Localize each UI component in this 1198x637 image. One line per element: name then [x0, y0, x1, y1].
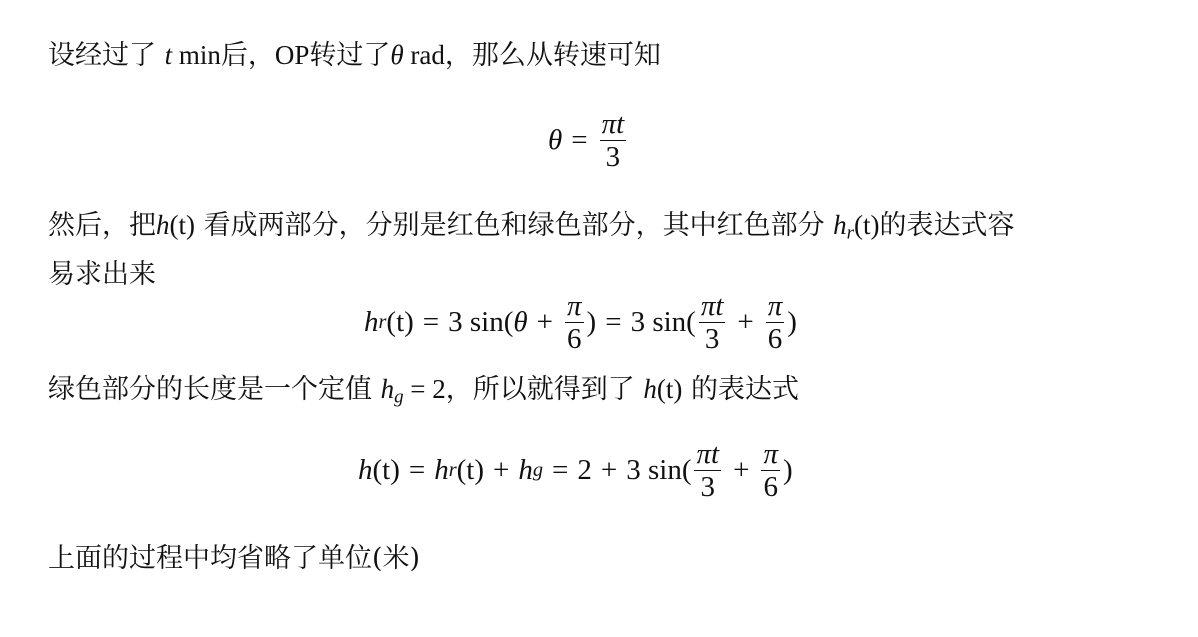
var-theta: θ [548, 124, 562, 157]
text: 易求出来 [48, 259, 156, 290]
equals-sign: = [423, 306, 439, 339]
constant-2: 2 [577, 454, 592, 487]
equals-sign: = [552, 454, 568, 487]
numerator: π [766, 290, 785, 322]
equals-sign: = [409, 454, 425, 487]
var-h: h [434, 454, 449, 487]
text: rad，那么从转速可知 [404, 40, 661, 70]
paragraph-two-parts: 然后，把h(t) 看成两部分，分别是红色和绿色部分，其中红色部分 hr(t)的表… [48, 208, 1015, 251]
close-paren: ) [783, 454, 793, 487]
var-t: t [165, 40, 173, 70]
fraction: π 6 [565, 290, 584, 355]
text: 上面的过程中均省略了单位(米) [48, 543, 420, 574]
plus-sign: + [493, 454, 509, 487]
equals-sign: = [605, 306, 621, 339]
text: 的表达式容 [880, 210, 1015, 241]
var-h: h [156, 210, 170, 240]
equation-hr: hr(t) = 3 sin(θ + π 6 ) = 3 sin( πt 3 + … [364, 290, 797, 355]
plus-sign: + [601, 454, 617, 487]
text: 看成两部分，分别是红色和绿色部分，其中红色部分 [195, 210, 833, 241]
subscript-g: g [394, 387, 403, 408]
fraction: π 6 [766, 290, 785, 355]
subscript-r: r [449, 459, 457, 482]
text: min后，OP转过了 [172, 40, 390, 70]
numerator: πt [694, 438, 721, 470]
var-h: h [358, 454, 373, 487]
plus-sign: + [537, 306, 553, 339]
subscript-r: r [847, 223, 854, 244]
denominator: 3 [604, 141, 623, 173]
denominator: 6 [565, 323, 584, 355]
text: 设经过了 [48, 40, 165, 71]
var-h: h [643, 374, 657, 404]
paragraph-green-part: 绿色部分的长度是一个定值 hg = 2，所以就得到了 h(t) 的表达式 [48, 372, 799, 415]
plus-sign: + [737, 306, 753, 339]
arg-t: (t) [373, 454, 400, 487]
paragraph-two-parts-cont: 易求出来 [48, 258, 156, 292]
denominator: 3 [699, 471, 718, 503]
text: ，所以就得到了 [446, 374, 644, 405]
var-h: h [381, 374, 395, 404]
fraction: πt 3 [699, 290, 726, 355]
text: 绿色部分的长度是一个定值 [48, 374, 381, 405]
var-h: h [364, 306, 379, 339]
plus-sign: + [733, 454, 749, 487]
arg-t: (t) [170, 210, 195, 240]
fraction: π 6 [761, 438, 780, 503]
var-h: h [833, 210, 847, 240]
var-theta: θ [390, 40, 403, 70]
text: 的表达式 [682, 374, 799, 405]
denominator: 6 [761, 471, 780, 503]
equation-h: h(t) = hr(t) + hg = 2 + 3 sin( πt 3 + π … [358, 438, 793, 503]
numerator: πt [699, 290, 726, 322]
equals-sign: = [571, 124, 587, 157]
subscript-r: r [379, 311, 387, 334]
arg-t: (t) [854, 210, 879, 240]
numerator: π [565, 290, 584, 322]
var-h: h [518, 454, 533, 487]
arg-t: (t) [657, 374, 682, 404]
fraction: πt 3 [600, 108, 627, 173]
fraction: πt 3 [694, 438, 721, 503]
numerator: πt [600, 108, 627, 140]
sin-term: 3 sin( [448, 306, 513, 339]
numerator: π [761, 438, 780, 470]
close-paren: ) [587, 306, 597, 339]
value-2: = 2 [404, 374, 446, 404]
text: 然后，把 [48, 210, 156, 241]
sin-term: 3 sin( [631, 306, 696, 339]
equation-theta: θ = πt 3 [548, 108, 629, 173]
arg-t: (t) [386, 306, 413, 339]
subscript-g: g [533, 459, 543, 482]
denominator: 6 [766, 323, 785, 355]
paragraph-units-note: 上面的过程中均省略了单位(米) [48, 542, 420, 576]
denominator: 3 [703, 323, 722, 355]
paragraph-rotation-intro: 设经过了 t min后，OP转过了θ rad，那么从转速可知 [48, 38, 661, 73]
arg-t: (t) [457, 454, 484, 487]
sin-term: 3 sin( [626, 454, 691, 487]
var-theta: θ [513, 306, 527, 339]
close-paren: ) [787, 306, 797, 339]
